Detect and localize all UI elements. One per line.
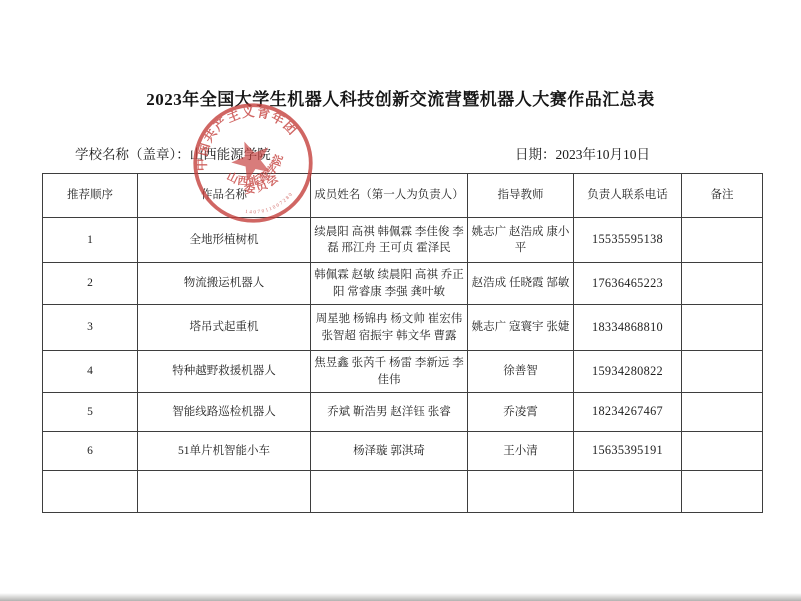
cell-order: 2 [43,263,138,305]
cell-members: 续晨阳 高祺 韩佩霖 李佳俊 李磊 邢江舟 王可贞 霍泽民 [311,218,468,263]
cell-advisors: 徐善智 [468,351,574,393]
cell-remarks [682,432,763,471]
table-row: 4 特种越野救援机器人 焦昱鑫 张芮千 杨雷 李新远 李佳伟 徐善智 15934… [43,351,763,393]
cell-work-name: 物流搬运机器人 [138,263,311,305]
cell-members: 乔斌 靳浩男 赵洋钰 张睿 [311,393,468,432]
cell-order: 4 [43,351,138,393]
cell-advisors: 乔凌霄 [468,393,574,432]
col-header-members: 成员姓名（第一人为负责人） [311,174,468,218]
table-header-row: 推荐顺序 作品名称 成员姓名（第一人为负责人） 指导教师 负责人联系电话 备注 [43,174,763,218]
cell-phone [574,471,682,513]
seal-ring-text: 中国共产主义青年团 [190,100,303,176]
cell-phone: 15934280822 [574,351,682,393]
col-header-order: 推荐顺序 [43,174,138,218]
cell-work-name [138,471,311,513]
cell-phone: 15535595138 [574,218,682,263]
cell-order: 6 [43,432,138,471]
table-row: 1 全地形植树机 续晨阳 高祺 韩佩霖 李佳俊 李磊 邢江舟 王可贞 霍泽民 姚… [43,218,763,263]
cell-phone: 18334868810 [574,305,682,351]
cell-phone: 15635395191 [574,432,682,471]
cell-order [43,471,138,513]
table-row: 5 智能线路巡检机器人 乔斌 靳浩男 赵洋钰 张睿 乔凌霄 1823426746… [43,393,763,432]
cell-remarks [682,305,763,351]
col-header-advisors: 指导教师 [468,174,574,218]
table-row-empty [43,471,763,513]
table-row: 6 51单片机智能小车 杨泽璇 郭淇琦 王小清 15635395191 [43,432,763,471]
cell-members: 杨泽璇 郭淇琦 [311,432,468,471]
cell-work-name: 智能线路巡检机器人 [138,393,311,432]
cell-work-name: 特种越野救援机器人 [138,351,311,393]
cell-phone: 17636465223 [574,263,682,305]
cell-members [311,471,468,513]
school-label: 学校名称（盖章）： [75,147,190,162]
cell-phone: 18234267467 [574,393,682,432]
document-title: 2023年全国大学生机器人科技创新交流营暨机器人大赛作品汇总表 [0,85,801,110]
table-row: 3 塔吊式起重机 周星驰 杨锦冉 杨文帅 崔宏伟 张智超 宿振宇 韩文华 曹露 … [43,305,763,351]
cell-advisors: 姚志广 寇寰宇 张婕 [468,305,574,351]
cell-order: 3 [43,305,138,351]
scanned-document-page: 2023年全国大学生机器人科技创新交流营暨机器人大赛作品汇总表 学校名称（盖章）… [0,0,801,601]
cell-remarks [682,471,763,513]
cell-remarks [682,393,763,432]
cell-work-name: 塔吊式起重机 [138,305,311,351]
col-header-remarks: 备注 [682,174,763,218]
cell-members: 周星驰 杨锦冉 杨文帅 崔宏伟 张智超 宿振宇 韩文华 曹露 [311,305,468,351]
cell-order: 1 [43,218,138,263]
cell-remarks [682,218,763,263]
school-name-line: 学校名称（盖章）：山西能源学院 [75,143,271,163]
cell-advisors: 姚志广 赵浩成 康小平 [468,218,574,263]
cell-advisors: 王小清 [468,432,574,471]
date-line: 日期：2023年10月10日 [515,143,650,163]
cell-work-name: 全地形植树机 [138,218,311,263]
col-header-phone: 负责人联系电话 [574,174,682,218]
cell-members: 韩佩霖 赵敏 续晨阳 高祺 乔正阳 常睿康 李强 龚叶敏 [311,263,468,305]
scan-edge-shadow [0,593,801,601]
col-header-work-name: 作品名称 [138,174,311,218]
cell-work-name: 51单片机智能小车 [138,432,311,471]
cell-remarks [682,263,763,305]
cell-advisors: 赵浩成 任晓霞 郜敏 [468,263,574,305]
cell-members: 焦昱鑫 张芮千 杨雷 李新远 李佳伟 [311,351,468,393]
cell-advisors [468,471,574,513]
table-row: 2 物流搬运机器人 韩佩霖 赵敏 续晨阳 高祺 乔正阳 常睿康 李强 龚叶敏 赵… [43,263,763,305]
works-summary-table: 推荐顺序 作品名称 成员姓名（第一人为负责人） 指导教师 负责人联系电话 备注 … [42,173,763,513]
school-name: 山西能源学院 [190,147,271,162]
cell-remarks [682,351,763,393]
cell-order: 5 [43,393,138,432]
